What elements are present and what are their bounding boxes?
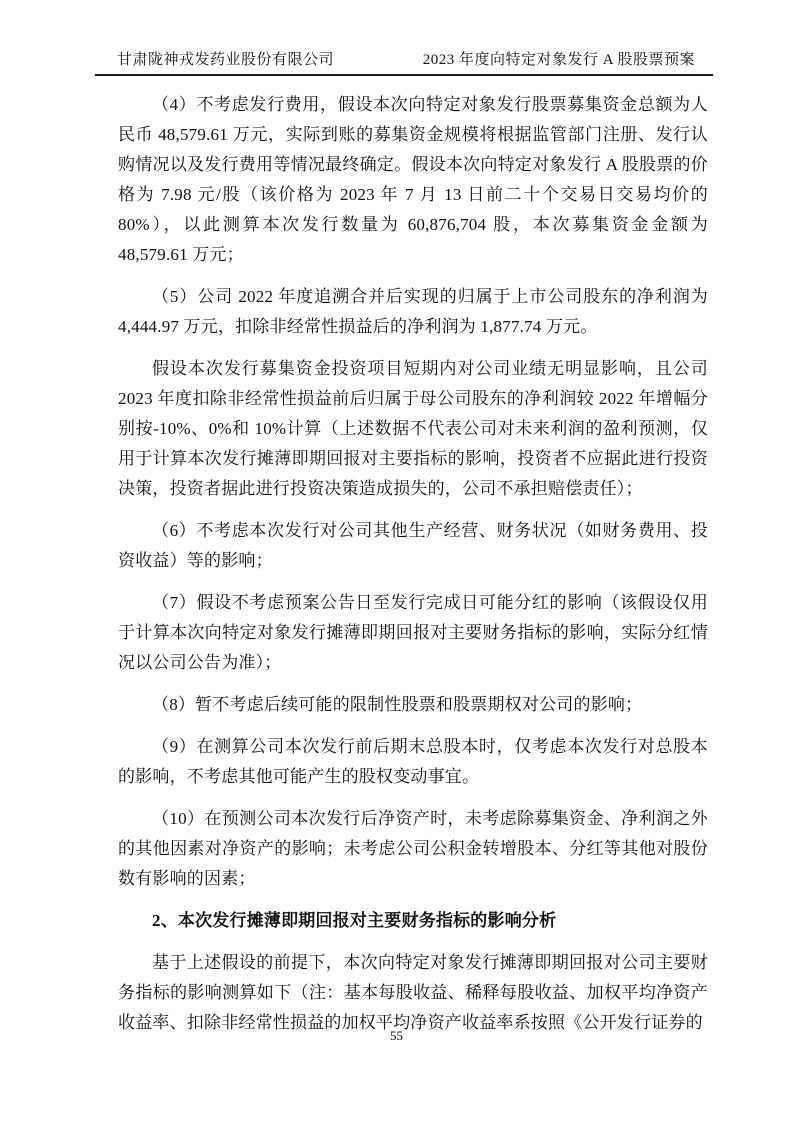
paragraph-item-5: （5）公司 2022 年度追溯合并后实现的归属于上市公司股东的净利润为 4,44… xyxy=(118,282,708,342)
paragraph-item-7: （7）假设不考虑预案公告日至发行完成日可能分红的影响（该假设仅用于计算本次向特定… xyxy=(118,588,708,678)
document-page: 甘肃陇神戎发药业股份有限公司 2023 年度向特定对象发行 A 股股票预案 （4… xyxy=(0,0,793,1122)
paragraph-item-6: （6）不考虑本次发行对公司其他生产经营、财务状况（如财务费用、投资收益）等的影响… xyxy=(118,516,708,576)
section-heading: 2、本次发行摊薄即期回报对主要财务指标的影响分析 xyxy=(118,906,708,936)
paragraph-item-9: （9）在测算公司本次发行前后期末总股本时，仅考虑本次发行对总股本的影响，不考虑其… xyxy=(118,732,708,792)
header-document-title: 2023 年度向特定对象发行 A 股股票预案 xyxy=(423,48,713,69)
paragraph-item-8: （8）暂不考虑后续可能的限制性股票和股票期权对公司的影响； xyxy=(118,690,708,720)
page-header: 甘肃陇神戎发药业股份有限公司 2023 年度向特定对象发行 A 股股票预案 xyxy=(95,48,713,76)
paragraph-closing: 基于上述假设的前提下，本次向特定对象发行摊薄即期回报对公司主要财务指标的影响测算… xyxy=(118,948,708,1038)
document-body: （4）不考虑发行费用，假设本次向特定对象发行股票募集资金总额为人民币 48,57… xyxy=(118,77,708,1050)
header-company-name: 甘肃陇神戎发药业股份有限公司 xyxy=(95,48,334,69)
paragraph-item-4: （4）不考虑发行费用，假设本次向特定对象发行股票募集资金总额为人民币 48,57… xyxy=(118,90,708,270)
paragraph-assumption: 假设本次发行募集资金投资项目短期内对公司业绩无明显影响，且公司 2023 年度扣… xyxy=(118,354,708,504)
page-number: 55 xyxy=(390,1028,403,1043)
paragraph-item-10: （10）在预测公司本次发行后净资产时，未考虑除募集资金、净利润之外的其他因素对净… xyxy=(118,804,708,894)
page-footer: 55 xyxy=(0,1028,793,1044)
